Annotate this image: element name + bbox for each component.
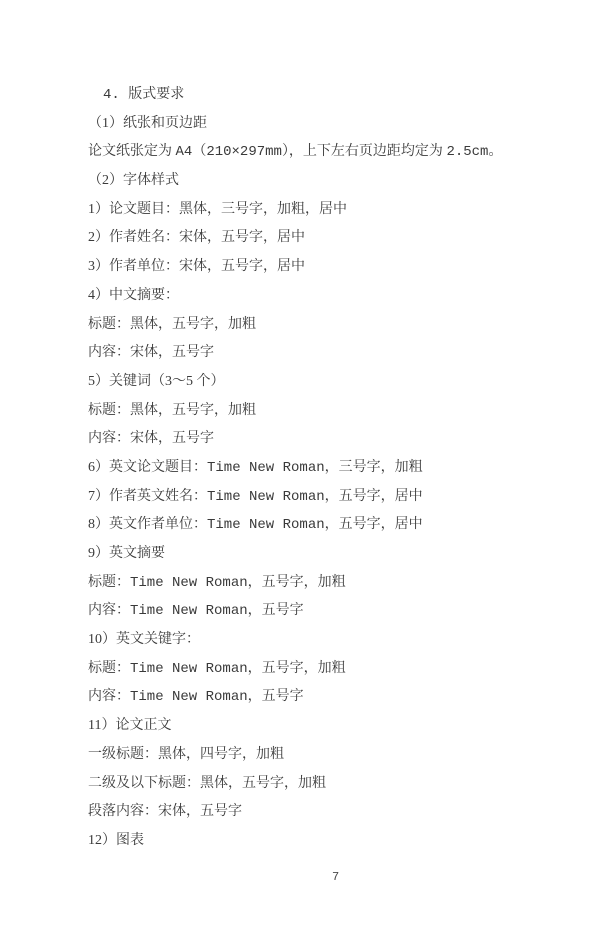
item-english-abstract: 9）英文摘要 <box>88 540 578 569</box>
text-segment: 版式要求 <box>128 87 184 102</box>
text-segment: 内容：宋体，五号字 <box>88 345 214 360</box>
text-segment: 标题： <box>88 575 130 590</box>
text-segment: 2）作者姓名：宋体，五号字，居中 <box>88 230 305 245</box>
text-segment: 5）关键词（3～5 个） <box>88 374 225 389</box>
item-keywords-title-style: 标题：黑体，五号字，加粗 <box>88 397 578 426</box>
item-body-text: 11）论文正文 <box>88 712 578 741</box>
text-segment: 二级及以下标题：黑体，五号字，加粗 <box>88 776 326 791</box>
text-segment: ，五号字，加粗 <box>248 575 346 590</box>
page-number: 7 <box>332 869 339 885</box>
text-segment: 10）英文关键字： <box>88 632 200 647</box>
text-segment: 12）图表 <box>88 833 144 848</box>
item-english-abstract-title-style: 标题：Time New Roman，五号字，加粗 <box>88 569 578 598</box>
item-paragraph-content-style: 段落内容：宋体，五号字 <box>88 798 578 827</box>
text-segment: ，五号字，居中 <box>325 489 423 504</box>
text-segment: 内容：宋体，五号字 <box>88 431 214 446</box>
item-english-title-style: 6）英文论文题目：Time New Roman，三号字，加粗 <box>88 454 578 483</box>
item-paper-title-style: 1）论文题目：黑体，三号字，加粗，居中 <box>88 196 578 225</box>
text-segment: Time New Roman <box>207 489 325 505</box>
text-segment: Time New Roman <box>130 575 248 591</box>
text-segment: 210×297mm <box>206 144 282 160</box>
text-segment: Time New Roman <box>130 603 248 619</box>
text-segment: ，五号字 <box>248 603 304 618</box>
text-segment: 6）英文论文题目： <box>88 460 207 475</box>
text-segment: （1）纸张和页边距 <box>88 116 207 131</box>
text-segment: ，五号字，居中 <box>325 517 423 532</box>
item-english-abstract-content-style: 内容：Time New Roman，五号字 <box>88 597 578 626</box>
item-english-affiliation-style: 8）英文作者单位：Time New Roman，五号字，居中 <box>88 511 578 540</box>
text-segment: Time New Roman <box>130 661 248 677</box>
text-segment: Time New Roman <box>207 517 325 533</box>
item-abstract-content-style: 内容：宋体，五号字 <box>88 339 578 368</box>
text-segment: 标题： <box>88 661 130 676</box>
text-segment: ，五号字 <box>248 689 304 704</box>
item-keywords-content-style: 内容：宋体，五号字 <box>88 425 578 454</box>
item-level1-heading-style: 一级标题：黑体，四号字，加粗 <box>88 741 578 770</box>
text-segment: 3）作者单位：宋体，五号字，居中 <box>88 259 305 274</box>
text-segment: ），上下左右页边距均定为 <box>282 144 447 159</box>
item-author-name-style: 2）作者姓名：宋体，五号字，居中 <box>88 224 578 253</box>
item-font-styles: （2）字体样式 <box>88 167 578 196</box>
text-segment: （2）字体样式 <box>88 173 179 188</box>
item-english-keywords-title-style: 标题：Time New Roman，五号字，加粗 <box>88 655 578 684</box>
text-segment: 标题：黑体，五号字，加粗 <box>88 403 256 418</box>
text-segment: 内容： <box>88 689 130 704</box>
text-segment: ，三号字，加粗 <box>325 460 423 475</box>
text-segment: 4. <box>103 87 128 103</box>
text-segment: （ <box>192 144 206 159</box>
item-author-affiliation-style: 3）作者单位：宋体，五号字，居中 <box>88 253 578 282</box>
heading-layout-requirements: 4. 版式要求 <box>88 81 578 110</box>
text-segment: 段落内容：宋体，五号字 <box>88 804 242 819</box>
text-segment: 7）作者英文姓名： <box>88 489 207 504</box>
text-segment: 2.5cm <box>446 144 488 160</box>
text-segment: 一级标题：黑体，四号字，加粗 <box>88 747 284 762</box>
item-english-author-name-style: 7）作者英文姓名：Time New Roman，五号字，居中 <box>88 483 578 512</box>
text-segment: 内容： <box>88 603 130 618</box>
text-segment: Time New Roman <box>207 460 325 476</box>
item-paper-and-margins: （1）纸张和页边距 <box>88 110 578 139</box>
item-sublevel-heading-style: 二级及以下标题：黑体，五号字，加粗 <box>88 770 578 799</box>
item-figures-tables: 12）图表 <box>88 827 578 856</box>
text-segment: 4）中文摘要： <box>88 288 179 303</box>
text-segment: 标题：黑体，五号字，加粗 <box>88 317 256 332</box>
item-english-keywords-content-style: 内容：Time New Roman，五号字 <box>88 683 578 712</box>
para-paper-spec: 论文纸张定为 A4（210×297mm），上下左右页边距均定为 2.5cm。 <box>88 138 578 167</box>
text-segment: A4 <box>176 144 193 160</box>
text-segment: 1）论文题目：黑体，三号字，加粗，居中 <box>88 202 347 217</box>
item-english-keywords: 10）英文关键字： <box>88 626 578 655</box>
text-segment: 8）英文作者单位： <box>88 517 207 532</box>
text-segment: 9）英文摘要 <box>88 546 165 561</box>
text-segment: 。 <box>488 144 502 159</box>
text-segment: Time New Roman <box>130 689 248 705</box>
document-lines: 4. 版式要求（1）纸张和页边距论文纸张定为 A4（210×297mm），上下左… <box>88 81 578 856</box>
text-segment: 论文纸张定为 <box>88 144 176 159</box>
item-keywords: 5）关键词（3～5 个） <box>88 368 578 397</box>
item-abstract-title-style: 标题：黑体，五号字，加粗 <box>88 311 578 340</box>
document-page: 4. 版式要求（1）纸张和页边距论文纸张定为 A4（210×297mm），上下左… <box>0 0 602 942</box>
item-chinese-abstract: 4）中文摘要： <box>88 282 578 311</box>
text-segment: ，五号字，加粗 <box>248 661 346 676</box>
text-segment: 11）论文正文 <box>88 718 171 733</box>
